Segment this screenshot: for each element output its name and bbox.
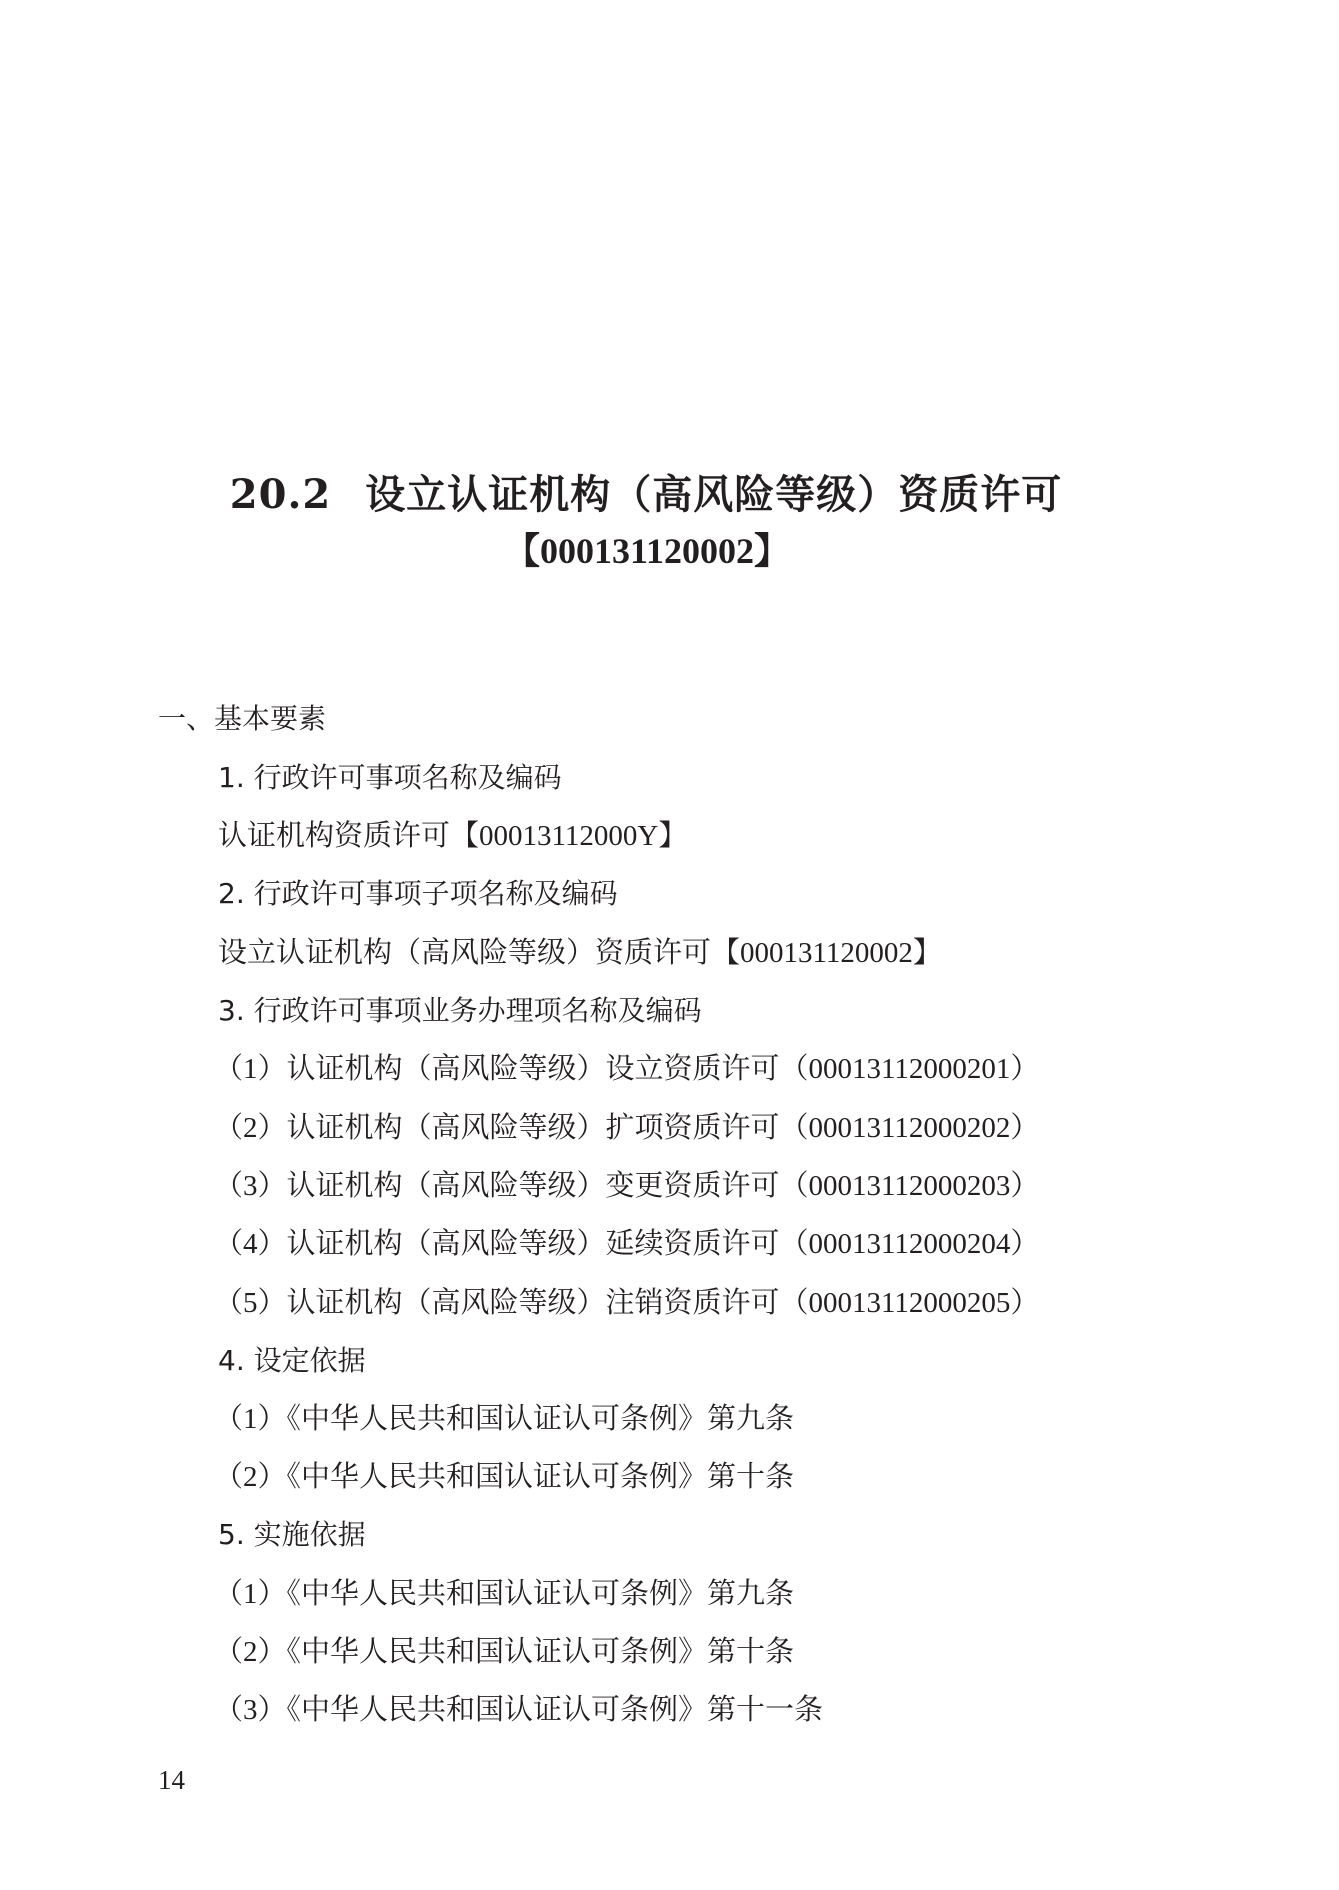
subsection-heading-2: 2. 行政许可事项子项名称及编码 <box>218 876 618 912</box>
page-number: 14 <box>158 1764 185 1796</box>
page-title: 20.2设立认证机构（高风险等级）资质许可 <box>0 470 1292 520</box>
subsection-heading-1: 1. 行政许可事项名称及编码 <box>218 760 562 796</box>
list-item: （4）认证机构（高风险等级）延续资质许可（00013112000204） <box>214 1226 1039 1262</box>
list-item: （1）《中华人民共和国认证认可条例》第九条 <box>214 1401 794 1437</box>
subsection-heading-5: 5. 实施依据 <box>218 1517 366 1553</box>
list-item: （3）认证机构（高风险等级）变更资质许可（00013112000203） <box>214 1168 1039 1204</box>
item-code: 【000131120002】 <box>0 528 1294 574</box>
list-item: （3）《中华人民共和国认证认可条例》第十一条 <box>214 1692 823 1728</box>
document-page: 20.2设立认证机构（高风险等级）资质许可 【000131120002】 一、基… <box>0 0 1339 1890</box>
section-number: 20.2 <box>230 471 331 518</box>
list-item: （1）认证机构（高风险等级）设立资质许可（00013112000201） <box>214 1051 1039 1087</box>
title-text: 设立认证机构（高风险等级）资质许可 <box>365 471 1062 518</box>
subsection-heading-3: 3. 行政许可事项业务办理项名称及编码 <box>218 993 702 1029</box>
sub-item-name-line: 设立认证机构（高风险等级）资质许可【000131120002】 <box>218 935 942 971</box>
list-item: （2）《中华人民共和国认证认可条例》第十条 <box>214 1459 794 1495</box>
list-item: （2）《中华人民共和国认证认可条例》第十条 <box>214 1634 794 1670</box>
subsection-heading-4: 4. 设定依据 <box>218 1343 366 1379</box>
list-item: （1）《中华人民共和国认证认可条例》第九条 <box>214 1576 794 1612</box>
list-item: （5）认证机构（高风险等级）注销资质许可（00013112000205） <box>214 1285 1039 1321</box>
item-name-line: 认证机构资质许可【00013112000Y】 <box>218 818 687 854</box>
section-heading: 一、基本要素 <box>158 701 326 737</box>
list-item: （2）认证机构（高风险等级）扩项资质许可（00013112000202） <box>214 1110 1039 1146</box>
